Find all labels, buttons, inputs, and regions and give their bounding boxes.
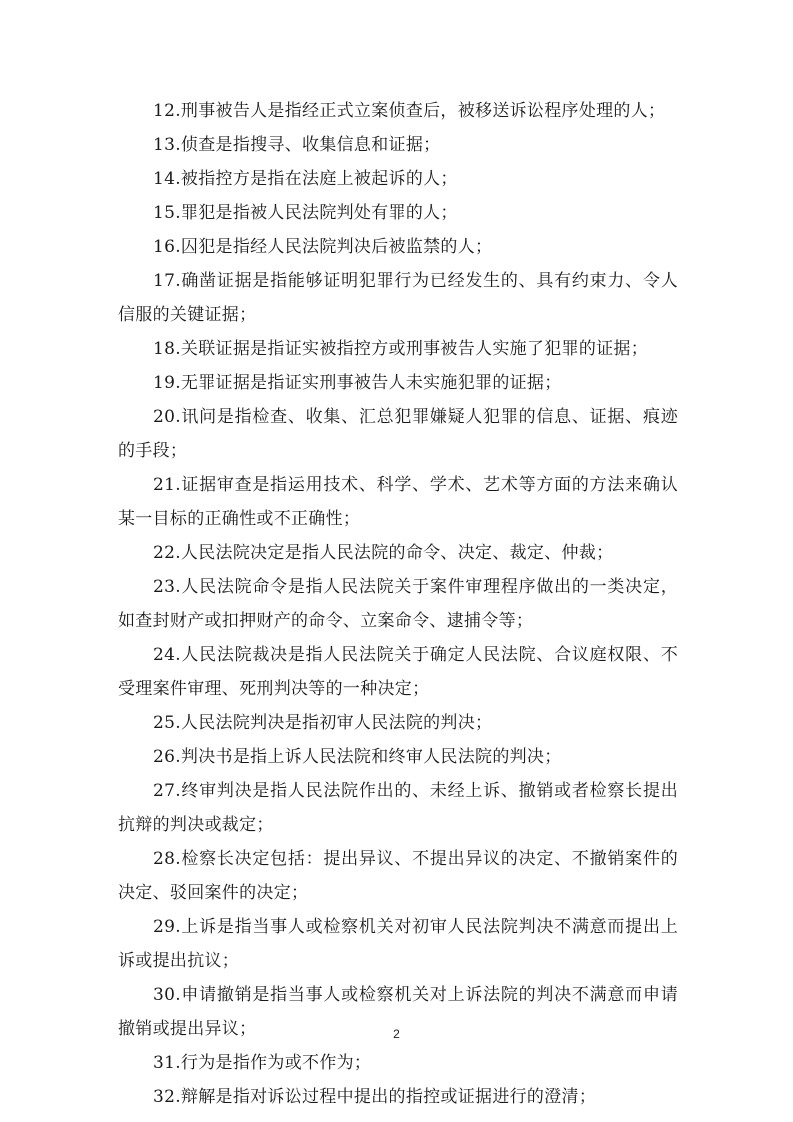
paragraph-13: 13.侦查是指搜寻、收集信息和证据；: [118, 128, 678, 162]
paragraph-12: 12.刑事被告人是指经正式立案侦查后，被移送诉讼程序处理的人；: [118, 94, 678, 128]
paragraph-14: 14.被指控方是指在法庭上被起诉的人；: [118, 162, 678, 196]
paragraph-15: 15.罪犯是指被人民法院判处有罪的人；: [118, 196, 678, 230]
paragraph-17: 17.确凿证据是指能够证明犯罪行为已经发生的、具有约束力、令人信服的关键证据；: [118, 264, 678, 332]
paragraph-32: 32.辩解是指对诉讼过程中提出的指控或证据进行的澄清；: [118, 1080, 678, 1114]
paragraph-18: 18.关联证据是指证实被指控方或刑事被告人实施了犯罪的证据；: [118, 332, 678, 366]
document-page: 12.刑事被告人是指经正式立案侦查后，被移送诉讼程序处理的人； 13.侦查是指搜…: [0, 0, 793, 1122]
paragraph-22: 22.人民法院决定是指人民法院的命令、决定、裁定、仲裁；: [118, 536, 678, 570]
page-content: 12.刑事被告人是指经正式立案侦查后，被移送诉讼程序处理的人； 13.侦查是指搜…: [118, 94, 678, 1114]
paragraph-21: 21.证据审查是指运用技术、科学、学术、艺术等方面的方法来确认某一目标的正确性或…: [118, 468, 678, 536]
paragraph-23: 23.人民法院命令是指人民法院关于案件审理程序做出的一类决定，如查封财产或扣押财…: [118, 570, 678, 638]
paragraph-24: 24.人民法院裁决是指人民法院关于确定人民法院、合议庭权限、不受理案件审理、死刑…: [118, 638, 678, 706]
paragraph-31: 31.行为是指作为或不作为；: [118, 1046, 678, 1080]
paragraph-25: 25.人民法院判决是指初审人民法院的判决；: [118, 706, 678, 740]
paragraph-28: 28.检察长决定包括：提出异议、不提出异议的决定、不撤销案件的决定、驳回案件的决…: [118, 842, 678, 910]
paragraph-16: 16.囚犯是指经人民法院判决后被监禁的人；: [118, 230, 678, 264]
paragraph-19: 19.无罪证据是指证实刑事被告人未实施犯罪的证据；: [118, 366, 678, 400]
paragraph-29: 29.上诉是指当事人或检察机关对初审人民法院判决不满意而提出上诉或提出抗议；: [118, 910, 678, 978]
page-number: 2: [0, 1027, 793, 1041]
paragraph-20: 20.讯问是指检查、收集、汇总犯罪嫌疑人犯罪的信息、证据、痕迹的手段；: [118, 400, 678, 468]
paragraph-26: 26.判决书是指上诉人民法院和终审人民法院的判决；: [118, 740, 678, 774]
paragraph-27: 27.终审判决是指人民法院作出的、未经上诉、撤销或者检察长提出抗辩的判决或裁定；: [118, 774, 678, 842]
